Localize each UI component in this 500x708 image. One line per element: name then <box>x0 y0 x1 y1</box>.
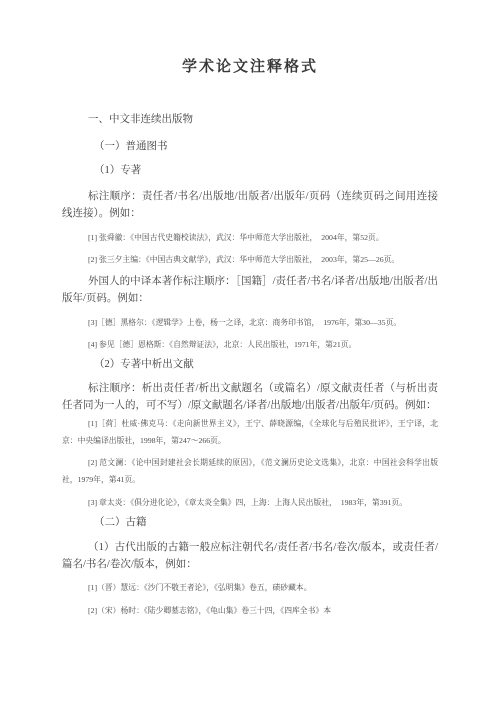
document-page: 学术论文注释格式 一、中文非连续出版物（一）普通图书（1）专著标注顺序：责任者/… <box>0 0 500 708</box>
item-heading: （2）专著中析出文献 <box>62 358 438 372</box>
citation-entry: [2]（宋）杨时：《陆少卿墓志铭》，《龟山集》卷三十四，《四库全书》本 <box>62 602 438 619</box>
document-title: 学术论文注释格式 <box>0 0 500 77</box>
citation-entry: [3]［德］黑格尔：《逻辑学》上卷，杨一之译，北京：商务印书馆， 1976年，第… <box>62 314 438 331</box>
subsection-heading: （二）古籍 <box>62 516 438 530</box>
citation-entry: [2] 范文澜：《论中国封建社会长期延续的原因》，《范文澜历史论文选集》，北京：… <box>62 454 438 488</box>
paragraph: （1）古代出版的古籍一般应标注朝代名/责任者/书名/卷次/版本，或责任者/篇名/… <box>62 540 438 573</box>
citation-entry: [2] 张三夕主编：《中国古典文献学》，武汉：华中师范大学出版社， 2003年，… <box>62 251 438 268</box>
paragraph: 标注顺序：责任者/书名/出版地/出版者/出版年/页码（连续页码之间用连接线连接）… <box>62 189 438 222</box>
citation-entry: [1] 张舜徽：《中国古代史籍校读法》，武汉：华中师范大学出版社， 2004年，… <box>62 229 438 246</box>
citation-entry: [1]［荷］杜威·佛克马：《走向新世界主义》，王宁、薛晓源编，《全球化与后殖民批… <box>62 415 438 449</box>
document-body: 一、中文非连续出版物（一）普通图书（1）专著标注顺序：责任者/书名/出版地/出版… <box>62 113 438 619</box>
citation-entry: [4] 参见［德］恩格斯：《自然辩证法》，北京：人民出版社，1971年，第21页… <box>62 336 438 353</box>
item-heading: （1）专著 <box>62 164 438 178</box>
paragraph: 外国人的中译本著作标注顺序：［国籍］/责任者/书名/译者/出版地/出版者/出版年… <box>62 274 438 307</box>
paragraph: 标注顺序：析出责任者/析出文献题名（或篇名）/原文献责任者（与析出责任者同为一人… <box>62 381 438 414</box>
citation-entry: [1]（晋）慧远：《沙门不敬王者论》，《弘明集》卷五，碛砂藏本。 <box>62 579 438 596</box>
subsection-heading: （一）普通图书 <box>62 140 438 154</box>
section-heading: 一、中文非连续出版物 <box>62 113 438 127</box>
citation-entry: [3] 章太炎：《俱分进化论》，《章太炎全集》四，上海：上海人民出版社， 198… <box>62 494 438 511</box>
